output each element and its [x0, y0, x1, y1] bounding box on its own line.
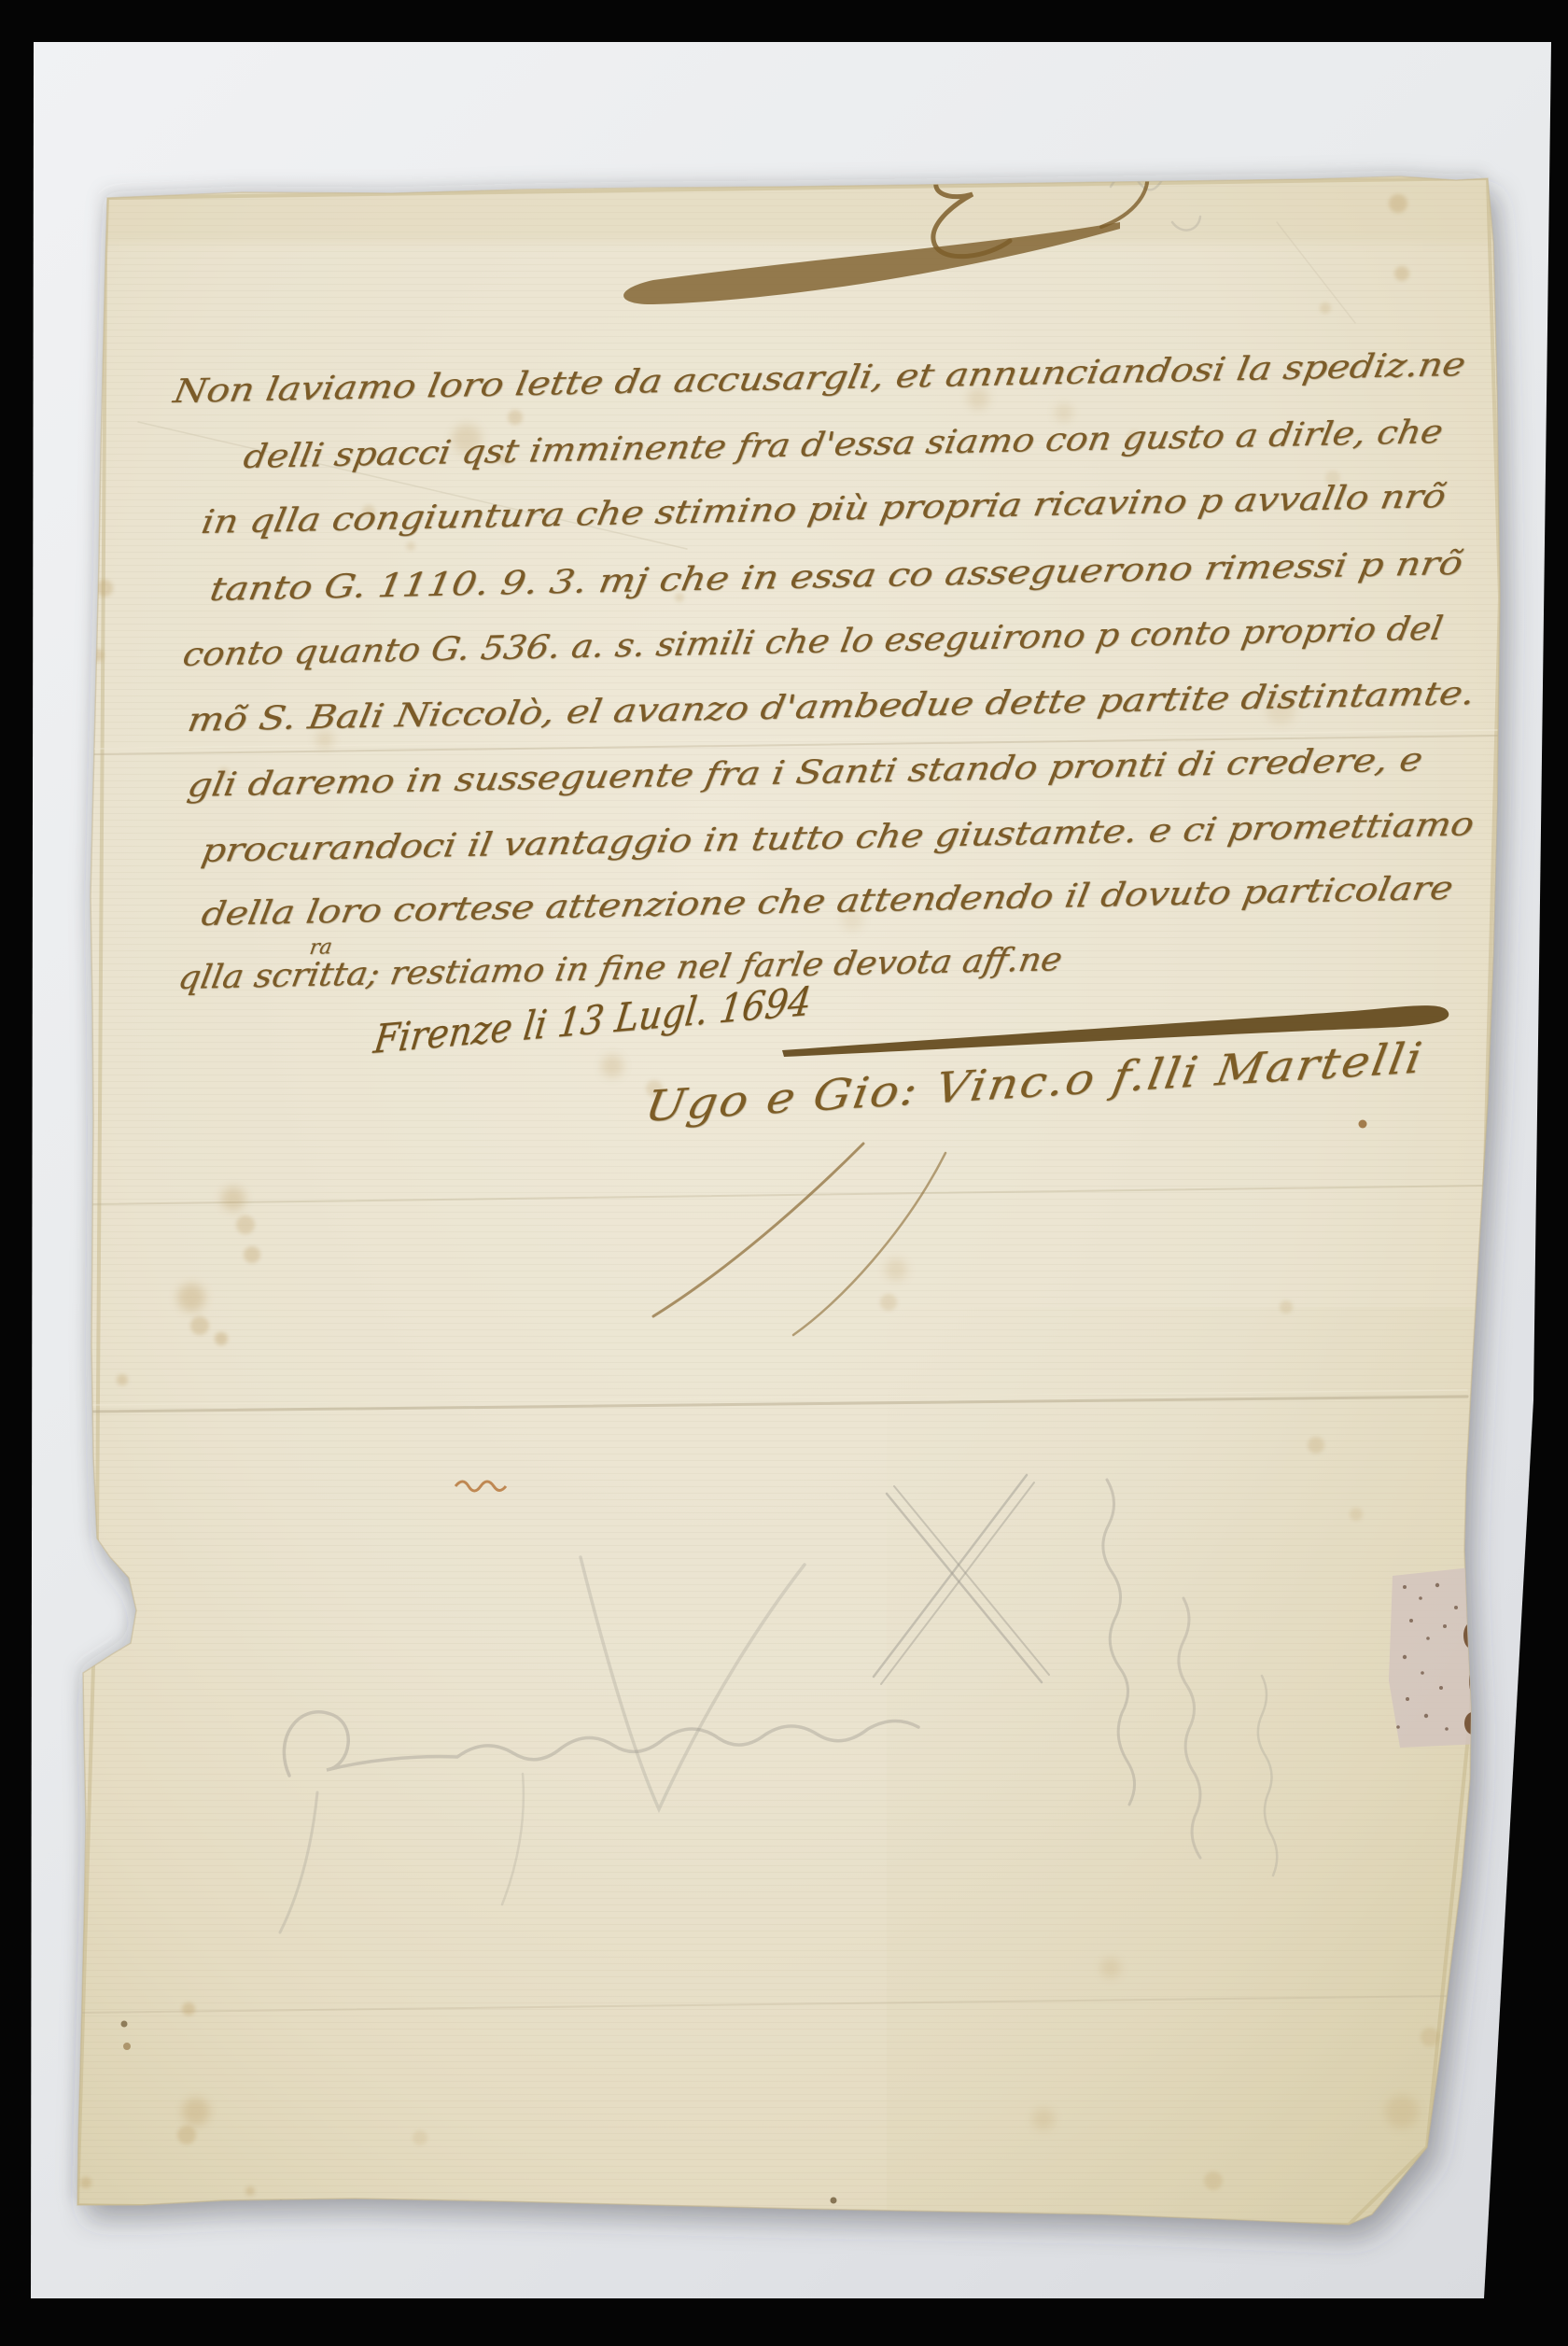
manuscript-photo: [0, 0, 1568, 2346]
top-scribble: [527, 160, 615, 173]
photo-frame: Non laviamo loro lette da accusargli, et…: [0, 0, 1568, 2346]
photo-backdrop: Non laviamo loro lette da accusargli, et…: [0, 0, 1568, 2346]
seal-residue-patch: [1389, 1566, 1503, 1749]
mirrored-script-column: [1406, 2183, 1420, 2328]
paper-tone-shading: [887, 1307, 1521, 2241]
